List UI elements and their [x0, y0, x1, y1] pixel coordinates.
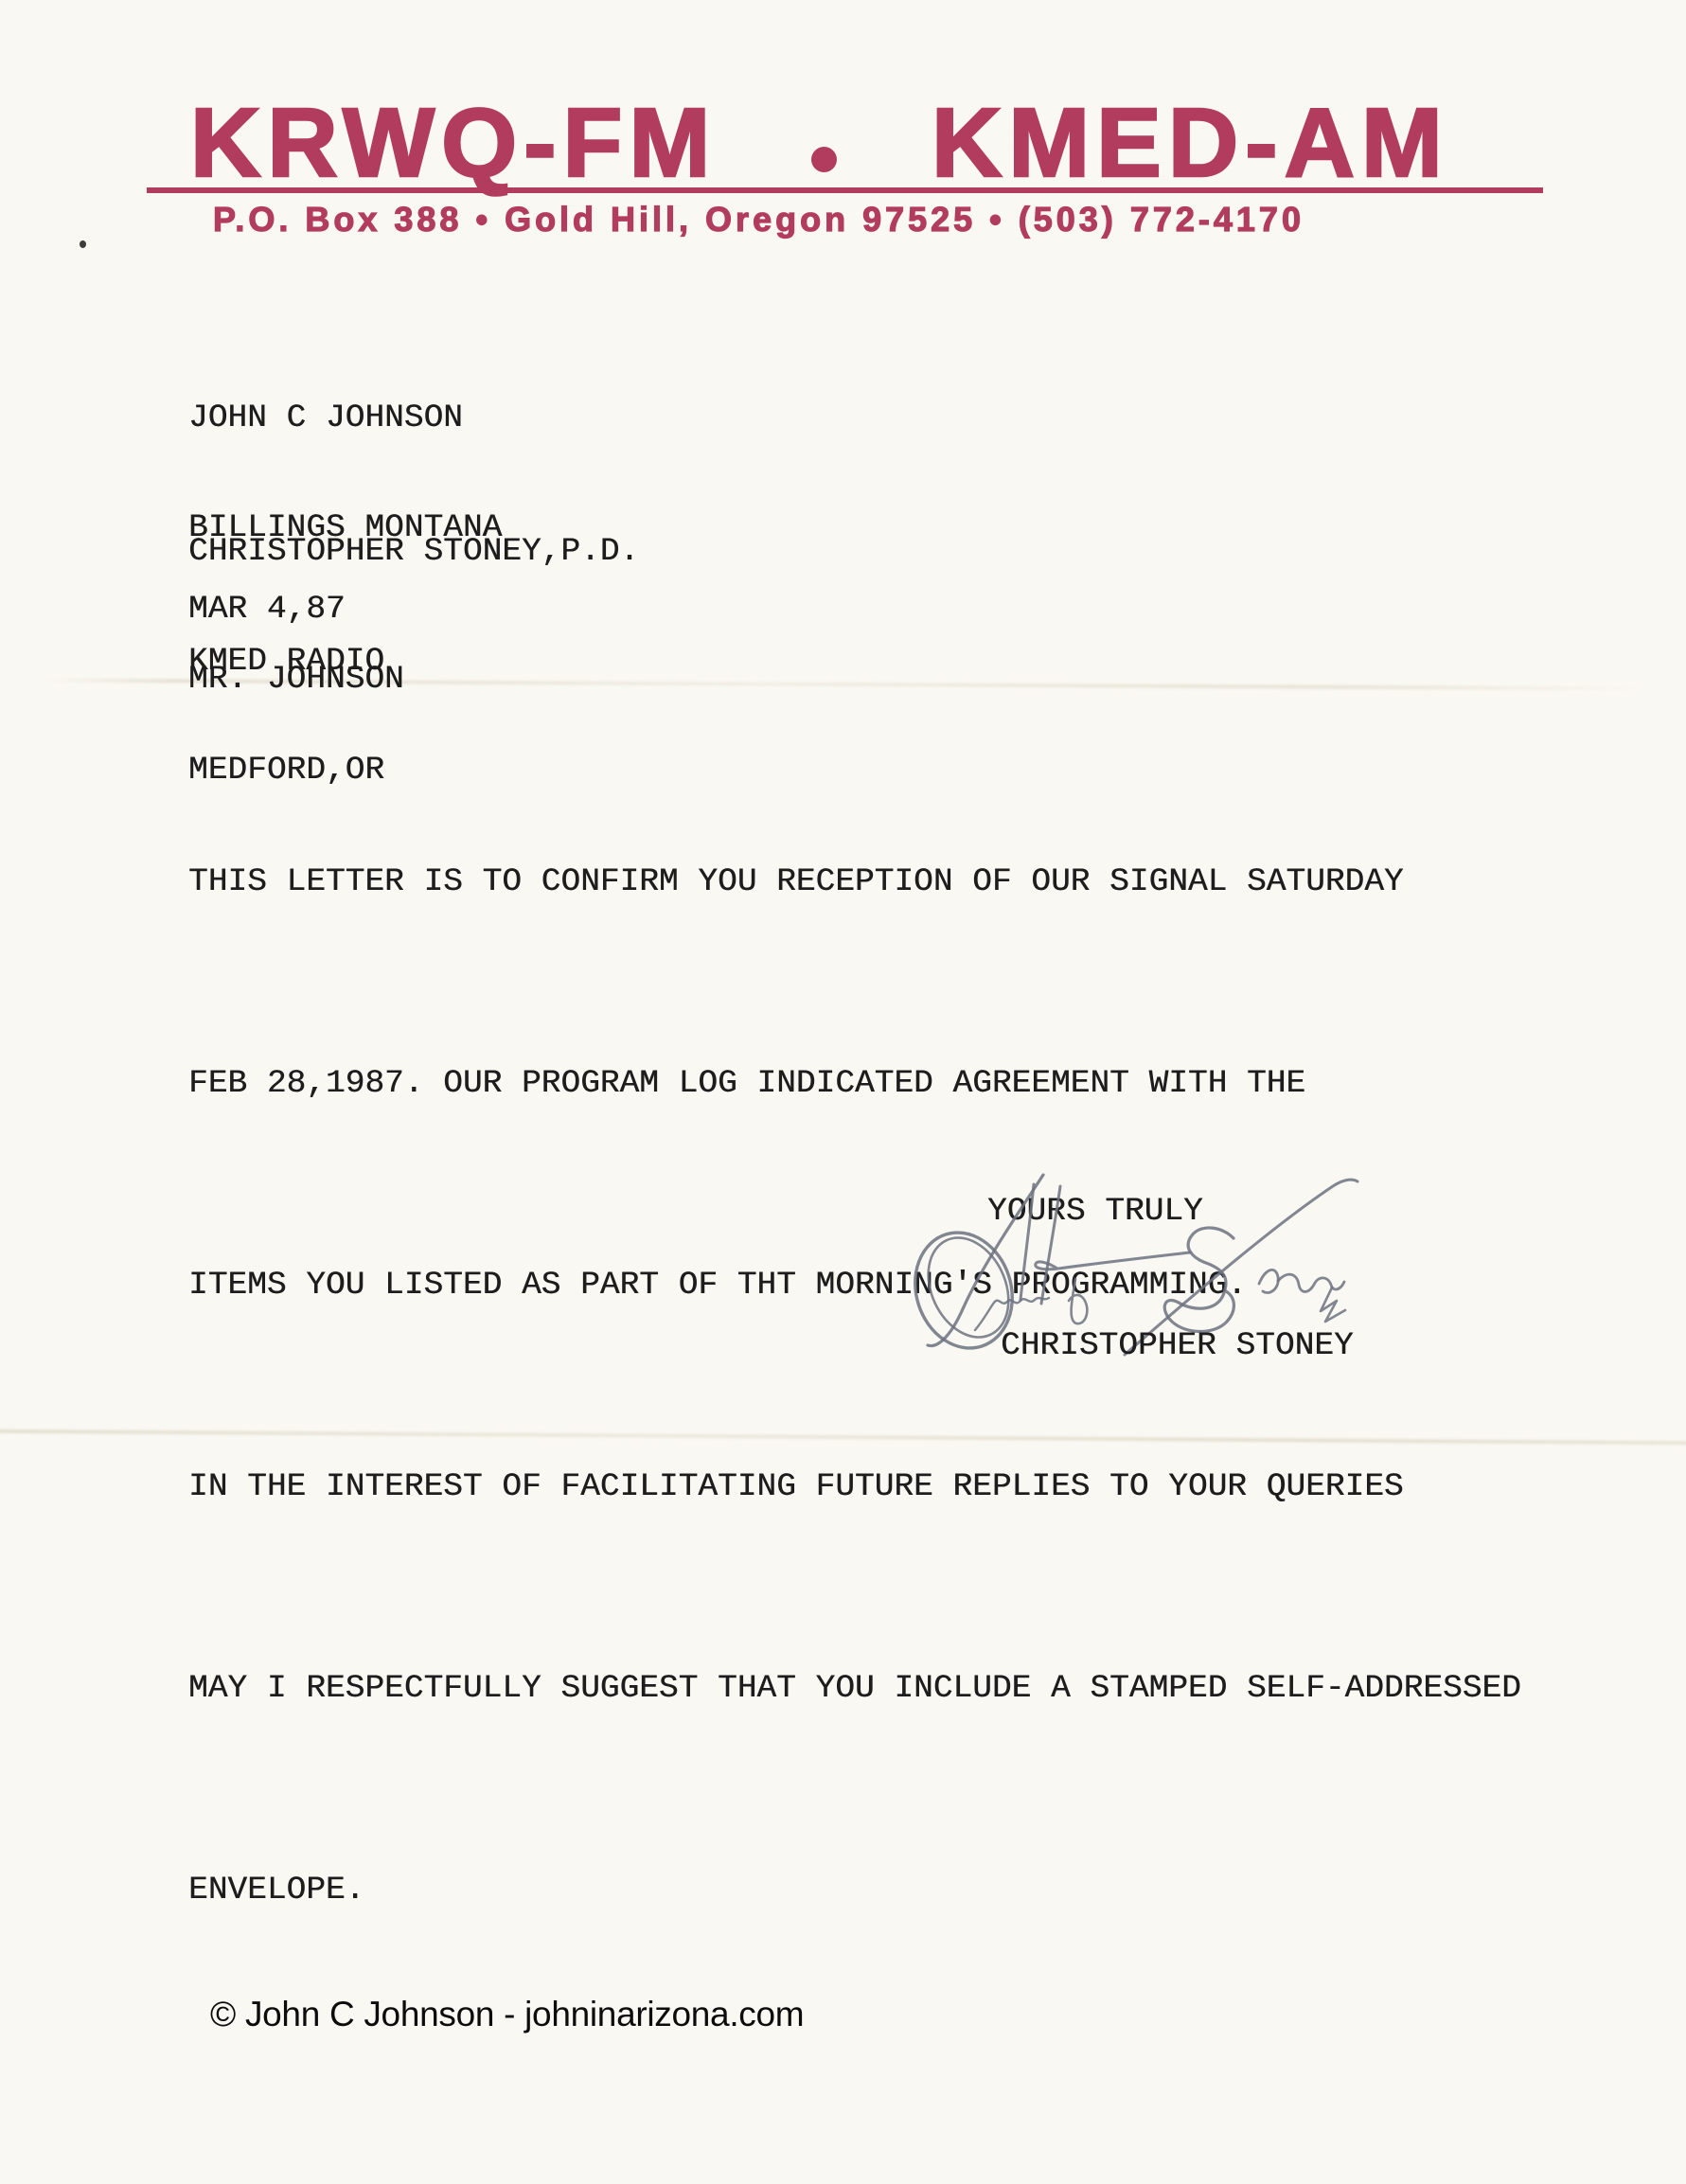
body-line: FEB 28,1987. OUR PROGRAM LOG INDICATED A… — [188, 1050, 1521, 1117]
bullet-separator-icon — [811, 147, 837, 172]
letterhead-station-kmed: KMED-AM — [932, 94, 1449, 191]
salutation: MR. JOHNSON — [188, 662, 404, 699]
recipient-line: JOHN C JOHNSON — [188, 400, 502, 437]
body-line: THIS LETTER IS TO CONFIRM YOU RECEPTION … — [188, 848, 1521, 915]
letterhead-rule — [147, 187, 1543, 193]
body-line: ITEMS YOU LISTED AS PART OF THT MORNING'… — [188, 1252, 1521, 1319]
letterhead-station-krwq: KRWQ-FM — [190, 94, 717, 191]
date-line: MAR 4,87 — [188, 592, 346, 629]
letter-body: THIS LETTER IS TO CONFIRM YOU RECEPTION … — [188, 714, 1521, 2058]
body-line: ENVELOPE. — [188, 1856, 1521, 1924]
copyright-line: © John C Johnson - johninarizona.com — [210, 1995, 804, 2034]
signer-name: CHRISTOPHER STONEY — [1001, 1328, 1354, 1365]
scan-artifact-dot — [80, 240, 86, 248]
scanned-letter-page: KRWQ-FM KMED-AM P.O. Box 388 • Gold Hill… — [0, 0, 1686, 2184]
sender-line: CHRISTOPHER STONEY,P.D. — [188, 534, 639, 571]
letterhead-address-line: P.O. Box 388 • Gold Hill, Oregon 97525 •… — [213, 201, 1304, 239]
body-line: MAY I RESPECTFULLY SUGGEST THAT YOU INCL… — [188, 1655, 1521, 1722]
valediction: YOURS TRULY — [987, 1194, 1203, 1231]
body-line: IN THE INTEREST OF FACILITATING FUTURE R… — [188, 1453, 1521, 1520]
